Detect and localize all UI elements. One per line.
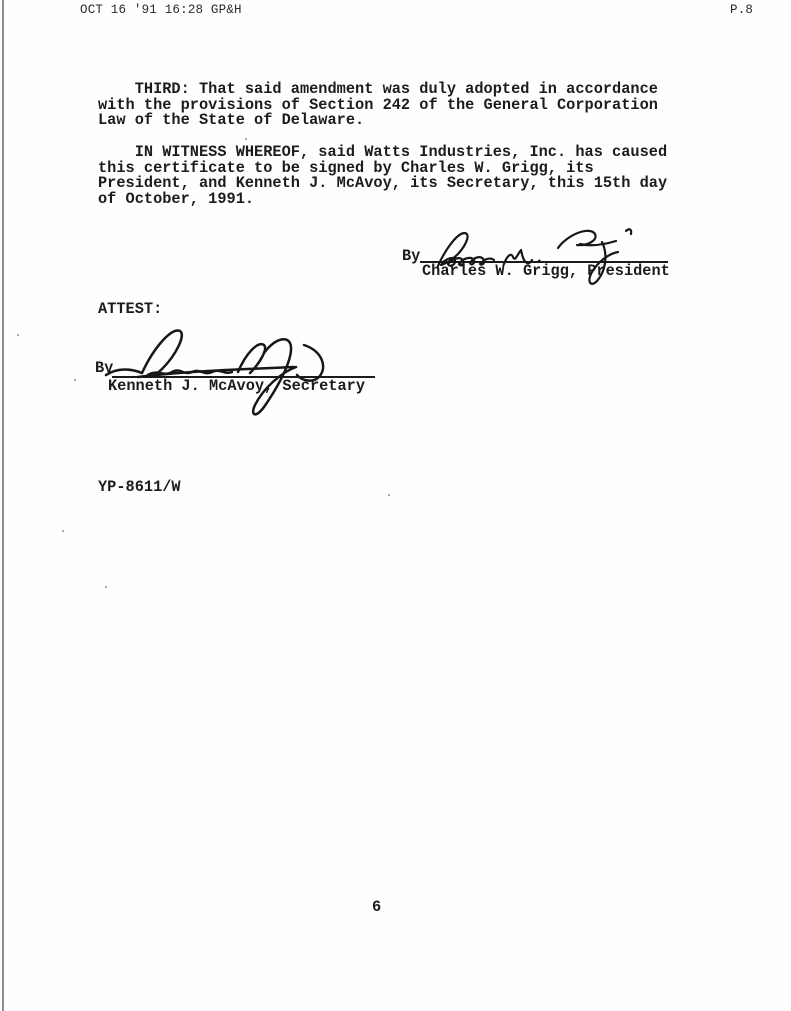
paragraph-witness: IN WITNESS WHEREOF, said Watts Industrie… [98, 145, 667, 207]
secretary-by-label: By [95, 361, 113, 377]
kenneth-j-mcavoy-signature-icon [98, 325, 388, 425]
paragraph-third: THIRD: That said amendment was duly adop… [98, 82, 658, 129]
scan-speck [17, 334, 19, 336]
scan-speck [62, 530, 64, 532]
document-code: YP-8611/W [98, 480, 181, 496]
charles-w-grigg-signature-icon [430, 226, 670, 292]
attest-label: ATTEST: [98, 302, 162, 318]
scan-speck [105, 586, 107, 588]
fax-page: OCT 16 '91 16:28 GP&H P.8 THIRD: That sa… [0, 0, 791, 1011]
scan-edge-line [2, 0, 4, 1011]
scan-speck [245, 138, 247, 140]
scan-speck [74, 379, 76, 381]
secretary-signed-name: Kenneth J. McAvoy, Secretary [108, 379, 365, 395]
president-by-label: By [402, 249, 420, 265]
scan-speck [388, 494, 390, 496]
page-number: 6 [372, 900, 381, 916]
fax-header-timestamp: OCT 16 '91 16:28 GP&H [80, 3, 242, 17]
president-signed-name: Charles W. Grigg, President [422, 264, 670, 280]
fax-header-page-indicator: P.8 [730, 3, 753, 17]
